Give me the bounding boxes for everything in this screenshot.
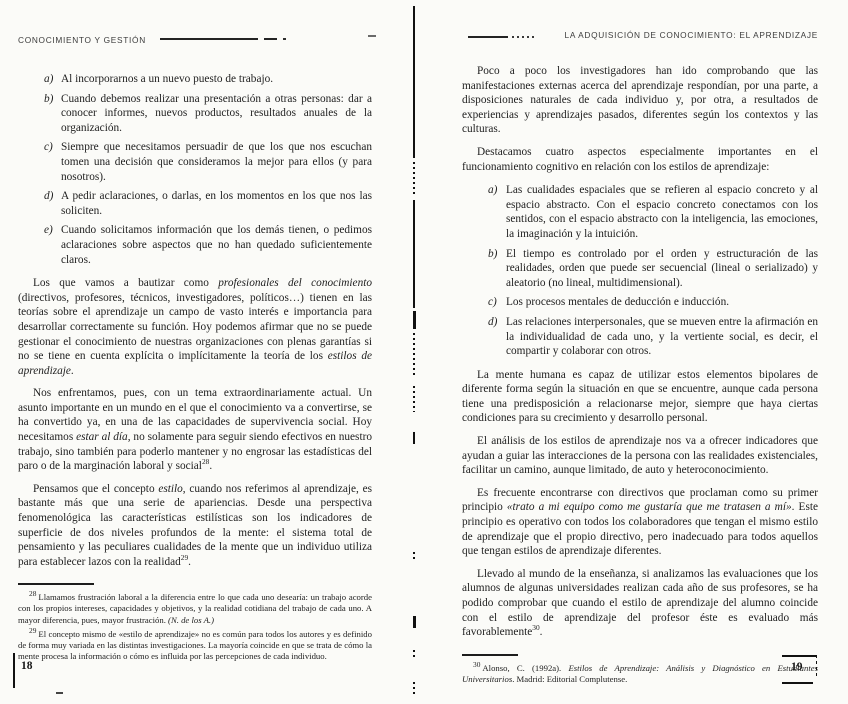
page-number-right: 19 bbox=[791, 661, 803, 673]
spine-line-dotted bbox=[413, 162, 415, 196]
footnote-number: 30 bbox=[473, 660, 480, 669]
list-item-text: Cuando solicitamos información que los d… bbox=[61, 224, 372, 265]
footnote-30: 30Alonso, C. (1992a). Estilos de Aprendi… bbox=[462, 663, 818, 685]
spine-line-dotted bbox=[413, 552, 415, 562]
list-item-text: El tiempo es controlado por el orden y e… bbox=[506, 248, 818, 289]
spine-line-thick bbox=[413, 616, 416, 628]
paragraph: Es frecuente encontrarse con directivos … bbox=[462, 486, 818, 559]
list-item-text: Siempre que necesitamos persuadir de que… bbox=[61, 141, 372, 182]
list-item-text: Las cualidades espaciales que se refiere… bbox=[506, 184, 818, 240]
paragraph: Los que vamos a bautizar como profesiona… bbox=[18, 276, 372, 378]
header-rule bbox=[160, 38, 258, 40]
spine-line-thick bbox=[413, 311, 416, 329]
footnote-28: 28Llamamos frustración laboral a la dife… bbox=[18, 592, 372, 626]
paragraph: Poco a poco los investigadores han ido c… bbox=[462, 64, 818, 137]
header-edge-mark bbox=[368, 35, 376, 37]
footnote-number: 29 bbox=[29, 626, 36, 635]
list-item-text: Las relaciones interpersonales, que se m… bbox=[506, 316, 818, 357]
list-item-text: A pedir aclaraciones, o darlas, en los m… bbox=[61, 190, 372, 217]
list-marker: b) bbox=[488, 247, 497, 262]
right-header-text: LA ADQUISICIÓN DE CONOCIMIENTO: EL APREN… bbox=[565, 30, 819, 40]
spine-line bbox=[413, 6, 415, 158]
footnote-divider bbox=[18, 583, 94, 585]
list-item-text: Cuando debemos realizar una presentación… bbox=[61, 93, 372, 134]
spine-line bbox=[413, 200, 415, 308]
list-item: b)El tiempo es controlado por el orden y… bbox=[488, 247, 818, 291]
list-marker: c) bbox=[488, 295, 497, 310]
page-right: LA ADQUISICIÓN DE CONOCIMIENTO: EL APREN… bbox=[462, 30, 818, 688]
list-marker: d) bbox=[488, 315, 497, 330]
left-header-text: CONOCIMIENTO Y GESTIÓN bbox=[18, 35, 146, 45]
list-marker: b) bbox=[44, 92, 53, 107]
footnote-text: Alonso, C. (1992a). Estilos de Aprendiza… bbox=[462, 663, 818, 684]
paragraph: La mente humana es capaz de utilizar est… bbox=[462, 368, 818, 426]
aspects-list: a)Las cualidades espaciales que se refie… bbox=[488, 183, 818, 359]
page-number-box-bottom bbox=[782, 682, 813, 684]
paragraph: Llevado al mundo de la enseñanza, si ana… bbox=[462, 567, 818, 640]
list-marker: d) bbox=[44, 189, 53, 204]
list-marker: a) bbox=[44, 72, 53, 87]
list-item: c)Los procesos mentales de deducción e i… bbox=[488, 295, 818, 310]
paragraph: Pensamos que el concepto estilo, cuando … bbox=[18, 482, 372, 570]
paragraph: Nos enfrentamos, pues, con un tema extra… bbox=[18, 386, 372, 474]
list-item: d)A pedir aclaraciones, o darlas, en los… bbox=[44, 189, 372, 218]
list-item: a)Las cualidades espaciales que se refie… bbox=[488, 183, 818, 241]
right-running-header: LA ADQUISICIÓN DE CONOCIMIENTO: EL APREN… bbox=[462, 30, 818, 44]
situations-list: a)Al incorporarnos a un nuevo puesto de … bbox=[44, 72, 372, 267]
list-marker: e) bbox=[44, 223, 53, 238]
footnote-text: El concepto mismo de «estilo de aprendiz… bbox=[18, 629, 372, 661]
paragraph: El análisis de los estilos de aprendizaj… bbox=[462, 434, 818, 478]
header-rule-short bbox=[264, 38, 277, 40]
page-corner-mark bbox=[56, 692, 63, 694]
footnote-divider bbox=[462, 654, 518, 656]
right-page-body: Poco a poco los investigadores han ido c… bbox=[462, 64, 818, 685]
page-number-box-top bbox=[782, 655, 817, 657]
spine-line-dotted bbox=[413, 682, 415, 694]
page-left: CONOCIMIENTO Y GESTIÓN a)Al incorporarno… bbox=[18, 30, 372, 665]
list-marker: a) bbox=[488, 183, 497, 198]
list-item: a)Al incorporarnos a un nuevo puesto de … bbox=[44, 72, 372, 87]
header-rule bbox=[468, 36, 508, 38]
spine-line-dotted bbox=[413, 386, 415, 412]
footnote-text: Llamamos frustración laboral a la difere… bbox=[18, 592, 372, 624]
list-item: e)Cuando solicitamos información que los… bbox=[44, 223, 372, 267]
list-item: c)Siempre que necesitamos persuadir de q… bbox=[44, 140, 372, 184]
list-item-text: Los procesos mentales de deducción e ind… bbox=[506, 296, 729, 308]
spine-line-dotted bbox=[413, 650, 415, 657]
page-number-bar bbox=[13, 653, 15, 688]
book-spread: CONOCIMIENTO Y GESTIÓN a)Al incorporarno… bbox=[0, 0, 848, 704]
list-item: d)Las relaciones interpersonales, que se… bbox=[488, 315, 818, 359]
left-page-body: a)Al incorporarnos a un nuevo puesto de … bbox=[18, 72, 372, 662]
list-item-text: Al incorporarnos a un nuevo puesto de tr… bbox=[61, 73, 273, 85]
page-number-left: 18 bbox=[21, 660, 33, 672]
footnote-29: 29El concepto mismo de «estilo de aprend… bbox=[18, 629, 372, 663]
left-running-header: CONOCIMIENTO Y GESTIÓN bbox=[18, 30, 372, 44]
header-rule-dot bbox=[283, 38, 286, 40]
list-marker: c) bbox=[44, 140, 53, 155]
footnote-number: 28 bbox=[29, 589, 36, 598]
header-rule-dots bbox=[512, 36, 536, 38]
page-number-box-right bbox=[816, 655, 818, 678]
list-item: b)Cuando debemos realizar una presentaci… bbox=[44, 92, 372, 136]
spine-line bbox=[413, 432, 415, 444]
paragraph: Destacamos cuatro aspectos especialmente… bbox=[462, 145, 818, 174]
spine-line-dotted bbox=[413, 333, 415, 377]
